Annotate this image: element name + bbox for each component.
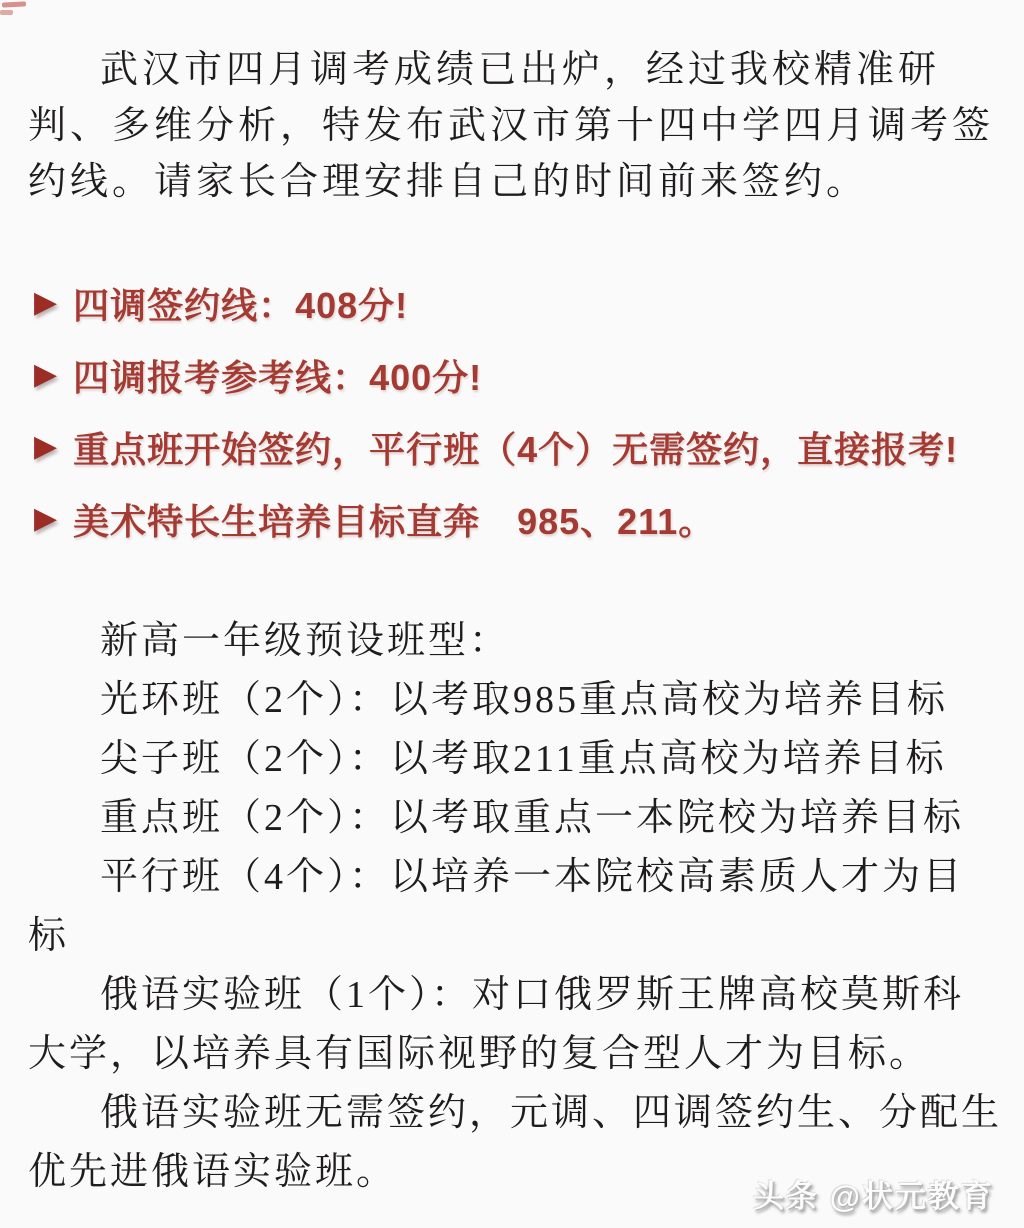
text-line: 新高一年级预设班型： — [28, 612, 1000, 671]
scan-artifact-mark — [2, 1, 26, 7]
watermark: 头条 @状元教育 — [753, 1171, 994, 1216]
highlight-item: ▶ 重点班开始签约，平行班（4个）无需签约，直接报考! — [34, 427, 1014, 467]
text-line: 标 — [28, 907, 1000, 966]
arrow-marker-icon: ▶ — [34, 283, 57, 323]
highlight-item: ▶ 四调签约线：408分! — [34, 283, 1014, 323]
text-line: 大学，以培养具有国际视野的复合型人才为目标。 — [28, 1025, 1000, 1084]
arrow-marker-icon: ▶ — [34, 355, 57, 395]
highlight-list: ▶ 四调签约线：408分! ▶ 四调报考参考线：400分! ▶ 重点班开始签约，… — [34, 283, 1014, 571]
text-line: 判、多维分析，特发布武汉市第十四中学四月调考签 — [28, 98, 1000, 154]
highlight-item: ▶ 美术特长生培养目标直奔 985、211。 — [34, 499, 1014, 539]
scan-artifact-mark — [0, 10, 13, 15]
class-plan-section: 新高一年级预设班型： 光环班（2个）：以考取985重点高校为培养目标 尖子班（2… — [28, 612, 1000, 1202]
highlight-text: 四调签约线：408分! — [73, 278, 408, 329]
announcement-page: 武汉市四月调考成绩已出炉，经过我校精准研 判、多维分析，特发布武汉市第十四中学四… — [0, 0, 1024, 1228]
arrow-marker-icon: ▶ — [34, 499, 57, 539]
highlight-text: 四调报考参考线：400分! — [73, 350, 482, 401]
text-line: 武汉市四月调考成绩已出炉，经过我校精准研 — [28, 42, 1000, 98]
text-line: 约线。请家长合理安排自己的时间前来签约。 — [28, 154, 1000, 210]
text-line: 光环班（2个）：以考取985重点高校为培养目标 — [28, 671, 1000, 730]
text-line: 平行班（4个）：以培养一本院校高素质人才为目 — [28, 848, 1000, 907]
intro-paragraph: 武汉市四月调考成绩已出炉，经过我校精准研 判、多维分析，特发布武汉市第十四中学四… — [28, 42, 1000, 210]
highlight-text: 美术特长生培养目标直奔 985、211。 — [73, 494, 715, 545]
text-line: 俄语实验班无需签约，元调、四调签约生、分配生 — [28, 1084, 1000, 1143]
text-line: 重点班（2个）：以考取重点一本院校为培养目标 — [28, 789, 1000, 848]
highlight-text: 重点班开始签约，平行班（4个）无需签约，直接报考! — [73, 422, 958, 473]
arrow-marker-icon: ▶ — [34, 427, 57, 467]
text-line: 尖子班（2个）：以考取211重点高校为培养目标 — [28, 730, 1000, 789]
highlight-item: ▶ 四调报考参考线：400分! — [34, 355, 1014, 395]
text-line: 俄语实验班（1个）：对口俄罗斯王牌高校莫斯科 — [28, 966, 1000, 1025]
